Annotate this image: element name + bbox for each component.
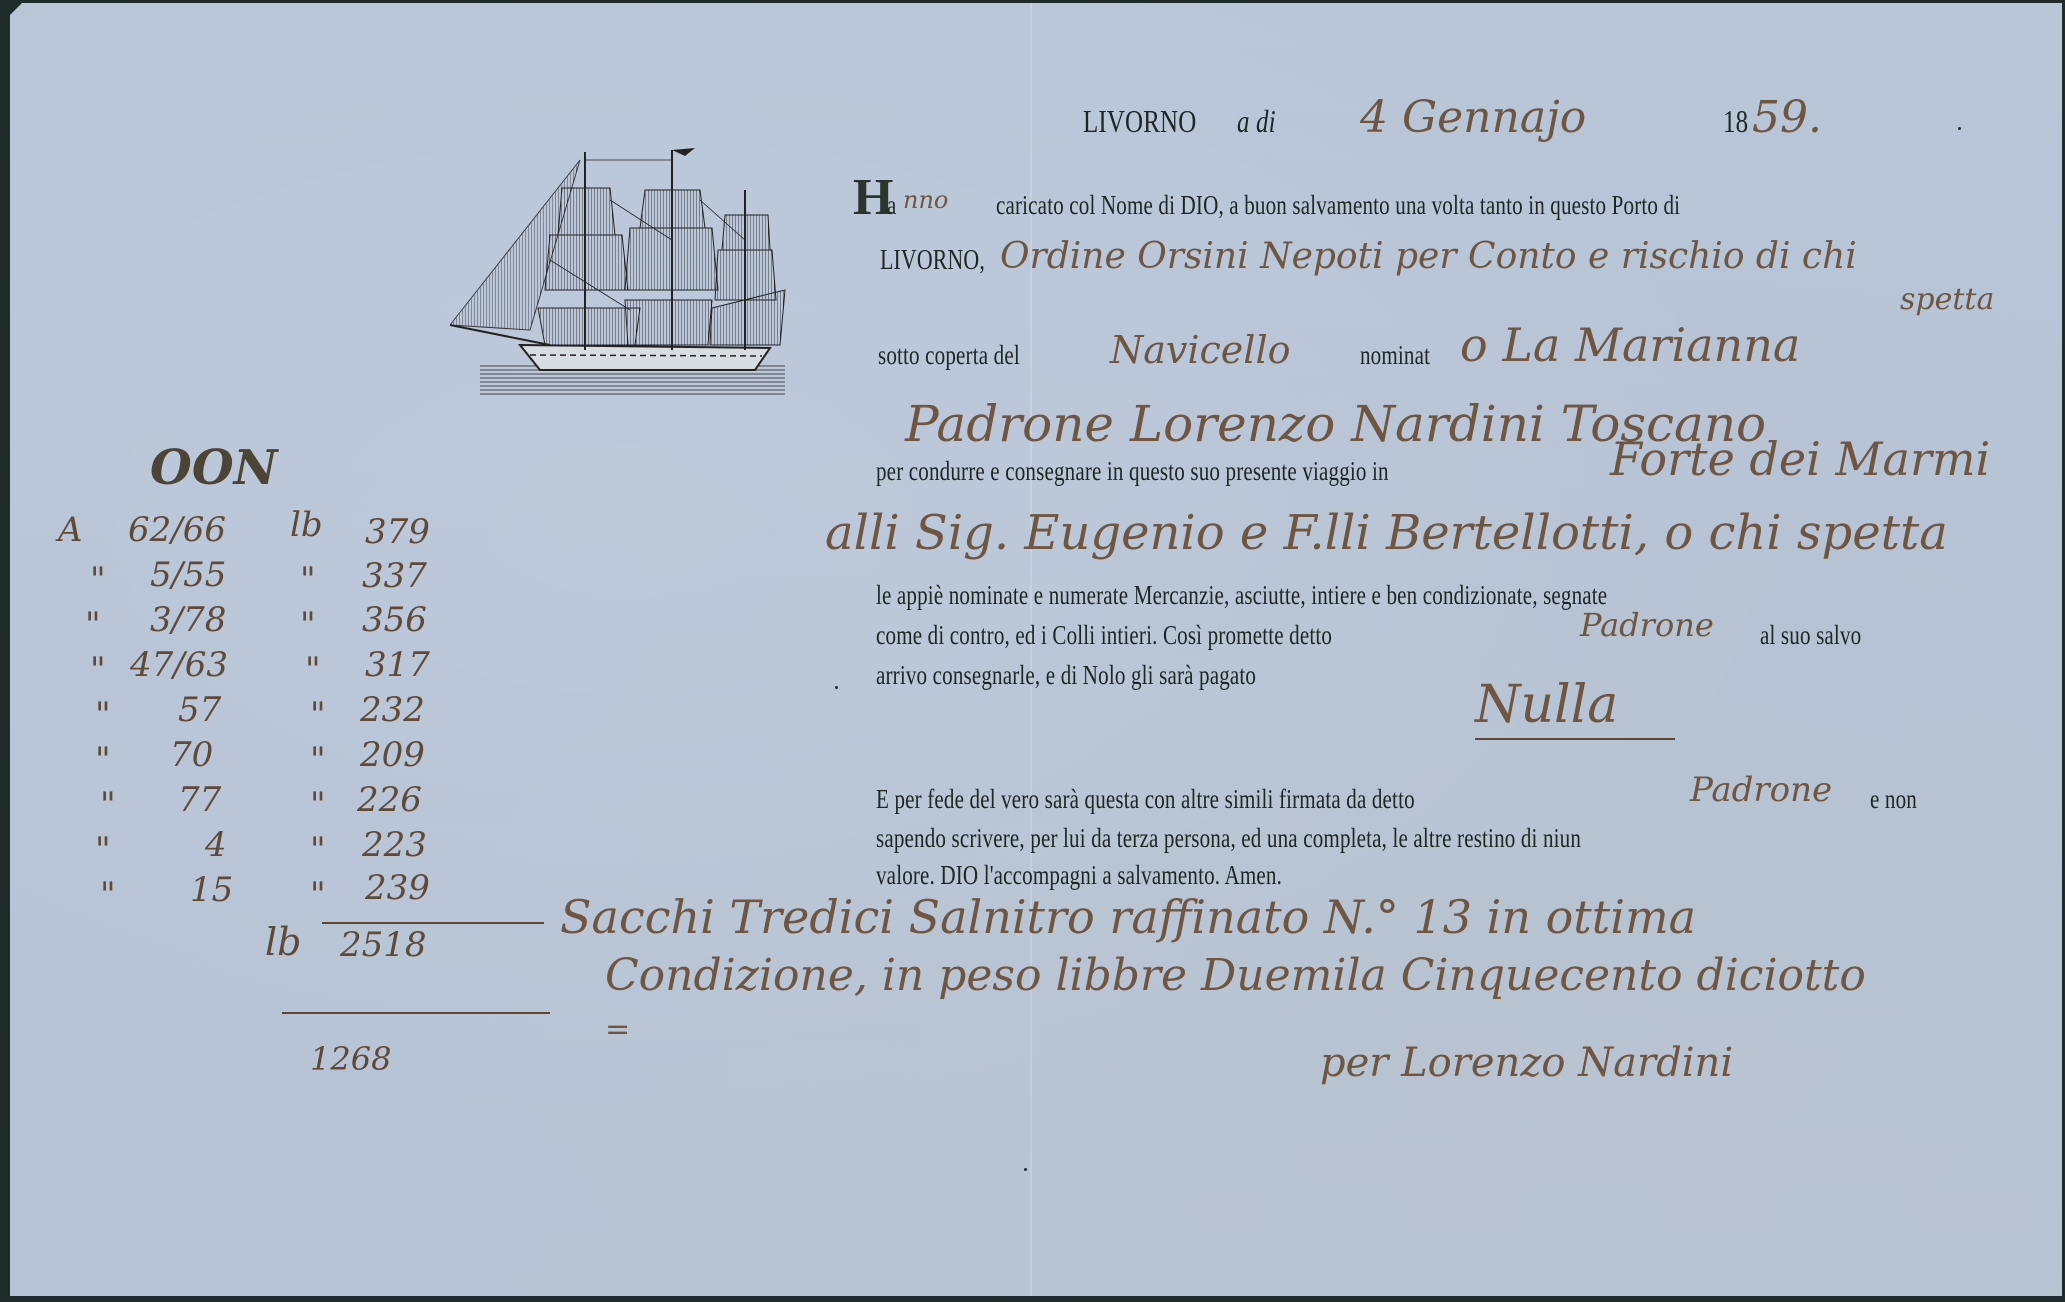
ledger-total-label: lb <box>265 920 301 964</box>
handwritten-nno: nno <box>903 186 948 214</box>
ledger-row-numbers: 47/63 <box>130 645 228 685</box>
ledger-row-weight: 337 <box>362 556 427 596</box>
ledger-row-numbers: 70 <box>170 735 213 775</box>
ledger-row-weight: 356 <box>362 600 427 640</box>
ledger-row-prefix: " <box>90 560 106 600</box>
ledger-row-sep: " <box>310 785 326 825</box>
ship-engraving-icon <box>450 140 795 400</box>
ledger-row-numbers: 3/78 <box>150 600 226 640</box>
goods-line-1: Sacchi Tredici Salnitro raffinato N.° 13… <box>560 890 1696 944</box>
ledger-sum-rule-bottom <box>282 1012 550 1014</box>
ledger-row-prefix: " <box>85 605 101 645</box>
ledger-row-numbers: 5/55 <box>150 555 226 595</box>
paper-speck <box>1958 127 1961 130</box>
body-line-11: sapendo scrivere, per lui da terza perso… <box>876 823 1581 854</box>
ledger-row-weight: 223 <box>362 825 427 865</box>
body-line-3b: nominat <box>1360 340 1430 371</box>
livorno-port: LIVORNO, <box>880 245 985 277</box>
ledger-row-numbers: 77 <box>178 780 221 820</box>
paper-speck <box>835 686 838 689</box>
ledger-row-prefix: " <box>95 695 111 735</box>
ledger-row-prefix: " <box>90 650 106 690</box>
ledger-row-sep: " <box>310 830 326 870</box>
ledger-row-weight: 379 <box>365 512 430 552</box>
ledger-row-numbers: 57 <box>178 690 221 730</box>
body-line-3a: sotto coperta del <box>878 340 1020 371</box>
ledger-sum-rule-top <box>322 922 544 924</box>
ledger-row-numbers: 15 <box>190 870 233 910</box>
ledger-mark: OON <box>150 440 278 496</box>
ledger-row-weight: 209 <box>360 735 425 775</box>
body-line-9: arrivo consegnarle, e di Nolo gli sarà p… <box>876 660 1256 691</box>
ledger-row-numbers: 4 <box>205 825 227 865</box>
ledger-row-prefix: " <box>100 875 116 915</box>
printed-a: a <box>887 190 897 221</box>
ledger-row-sep: " <box>310 875 326 915</box>
destination: Forte dei Marmi <box>1610 432 1990 486</box>
year-handwritten: 59. <box>1752 92 1822 143</box>
ledger-row-weight: 232 <box>360 690 425 730</box>
goods-mark: = <box>605 1012 630 1047</box>
body-line-8b: al suo salvo <box>1760 620 1861 651</box>
ledger-row-numbers: 62/66 <box>128 510 226 550</box>
freight-amount: Nulla <box>1475 675 1618 735</box>
ledger-note: 1268 <box>310 1040 391 1078</box>
ledger-row-weight: 226 <box>357 780 422 820</box>
vessel-name: o La Marianna <box>1460 318 1800 372</box>
body-line-1: caricato col Nome di DIO, a buon salvame… <box>996 190 1680 221</box>
body-line-8a: come di contro, ed i Colli intieri. Così… <box>876 620 1332 651</box>
place-label: LIVORNO <box>1083 103 1196 140</box>
ledger-row-sep: " <box>305 650 321 690</box>
body-line-7: le appiè nominate e numerate Mercanzie, … <box>876 580 1607 611</box>
vessel-type: Navicello <box>1110 328 1290 372</box>
ledger-row-prefix: " <box>95 830 111 870</box>
ledger-row-weight: 239 <box>365 868 430 908</box>
paper-speck <box>1024 1168 1027 1171</box>
year-printed: 18 <box>1723 103 1748 140</box>
ledger-row-prefix: " <box>95 740 111 780</box>
ledger-total: 2518 <box>340 925 427 965</box>
ledger-row-weight: 317 <box>365 645 430 685</box>
body-line-10b: e non <box>1870 784 1917 815</box>
ledger-row-sep: lb <box>290 505 323 545</box>
shipper-handwritten: Ordine Orsini Nepoti per Conto e rischio… <box>1000 236 1857 277</box>
body-line-5: per condurre e consegnare in questo suo … <box>876 456 1389 487</box>
freight-underline <box>1475 738 1675 740</box>
signature: per Lorenzo Nardini <box>1320 1040 1733 1086</box>
consignee: alli Sig. Eugenio e F.lli Bertellotti, o… <box>825 505 1948 561</box>
ledger-row-prefix: " <box>100 785 116 825</box>
padrone-handwritten-1: Padrone <box>1580 606 1714 644</box>
ledger-row-sep: " <box>310 740 326 780</box>
shipper-handwritten-cont: spetta <box>1900 282 1994 317</box>
ledger-row-sep: " <box>300 605 316 645</box>
padrone-handwritten-2: Padrone <box>1690 770 1832 810</box>
body-line-12: valore. DIO l'accompagni a salvamento. A… <box>876 860 1282 891</box>
body-line-10a: E per fede del vero sarà questa con altr… <box>876 784 1415 815</box>
a-di-label: a di <box>1237 103 1276 140</box>
ledger-row-sep: " <box>300 560 316 600</box>
ledger-row-sep: " <box>310 695 326 735</box>
goods-line-2: Condizione, in peso libbre Duemila Cinqu… <box>605 950 1866 1001</box>
date-handwritten: 4 Gennajo <box>1360 92 1586 143</box>
ledger-row-prefix: A <box>58 510 83 550</box>
